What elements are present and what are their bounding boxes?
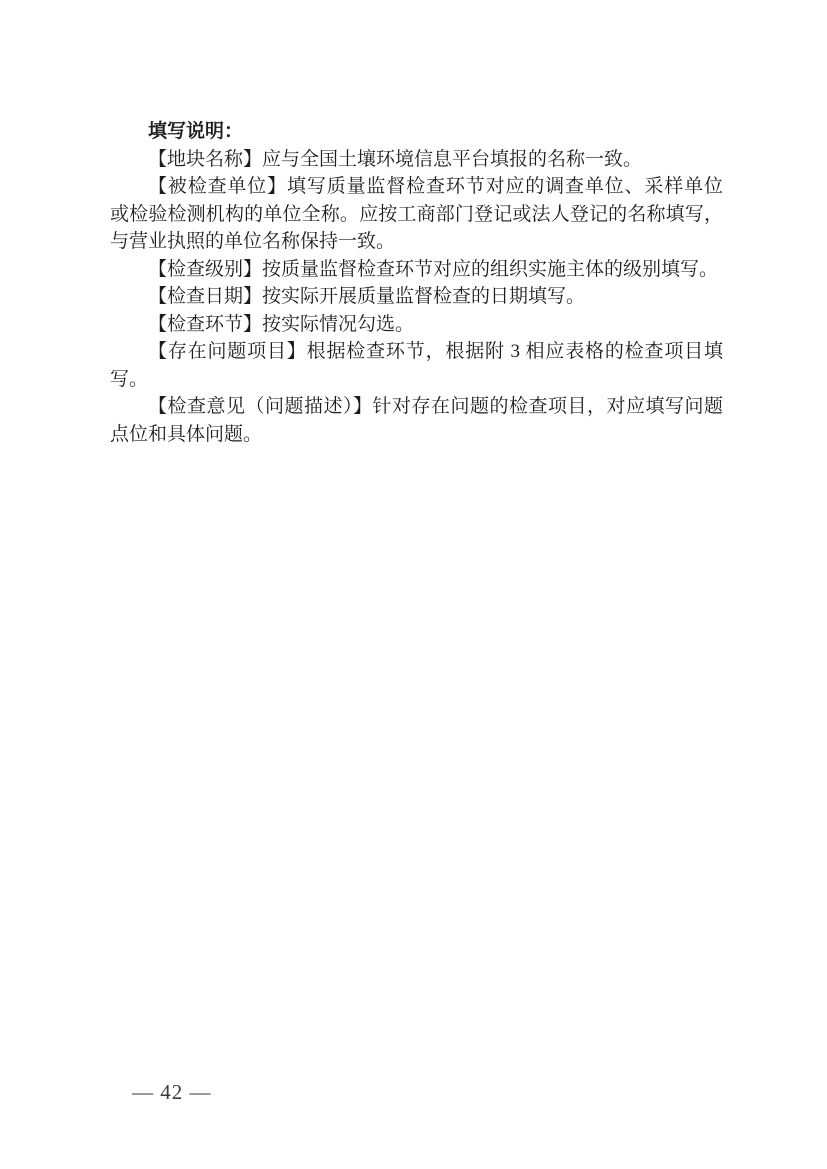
paragraph-inspection-level: 【检查级别】按质量监督检查环节对应的组织实施主体的级别填写。 xyxy=(110,256,723,284)
text-line: 【检查级别】按质量监督检查环节对应的组织实施主体的级别填写。 xyxy=(110,256,723,284)
paragraph-inspection-opinion: 【检查意见（问题描述）】针对存在问题的检查项目，对应填写问题点位和具体问题。 xyxy=(110,393,723,448)
text-line: 【检查日期】按实际开展质量监督检查的日期填写。 xyxy=(110,283,723,311)
document-body: 填写说明：【地块名称】应与全国土壤环境信息平台填报的名称一致。【被检查单位】填写… xyxy=(110,118,723,448)
paragraph-heading: 填写说明： xyxy=(110,118,723,146)
page-number: — 42 — xyxy=(132,1080,212,1104)
text-line: 填写说明： xyxy=(110,118,723,146)
text-line: 点位和具体问题。 xyxy=(110,421,723,449)
document-page: 填写说明：【地块名称】应与全国土壤环境信息平台填报的名称一致。【被检查单位】填写… xyxy=(0,0,827,1169)
paragraph-inspection-stage: 【检查环节】按实际情况勾选。 xyxy=(110,311,723,339)
text-line: 写。 xyxy=(110,366,723,394)
paragraph-inspection-date: 【检查日期】按实际开展质量监督检查的日期填写。 xyxy=(110,283,723,311)
paragraph-problem-items: 【存在问题项目】根据检查环节，根据附 3 相应表格的检查项目填写。 xyxy=(110,338,723,393)
text-line: 【地块名称】应与全国土壤环境信息平台填报的名称一致。 xyxy=(110,146,723,174)
paragraph-plot-name: 【地块名称】应与全国土壤环境信息平台填报的名称一致。 xyxy=(110,146,723,174)
text-line: 【被检查单位】填写质量监督检查环节对应的调查单位、采样单位 xyxy=(110,173,723,201)
paragraph-inspected-unit: 【被检查单位】填写质量监督检查环节对应的调查单位、采样单位或检验检测机构的单位全… xyxy=(110,173,723,256)
text-line: 或检验检测机构的单位全称。应按工商部门登记或法人登记的名称填写， xyxy=(110,201,723,229)
text-line: 【检查意见（问题描述）】针对存在问题的检查项目，对应填写问题 xyxy=(110,393,723,421)
text-line: 【检查环节】按实际情况勾选。 xyxy=(110,311,723,339)
text-line: 与营业执照的单位名称保持一致。 xyxy=(110,228,723,256)
text-line: 【存在问题项目】根据检查环节，根据附 3 相应表格的检查项目填 xyxy=(110,338,723,366)
